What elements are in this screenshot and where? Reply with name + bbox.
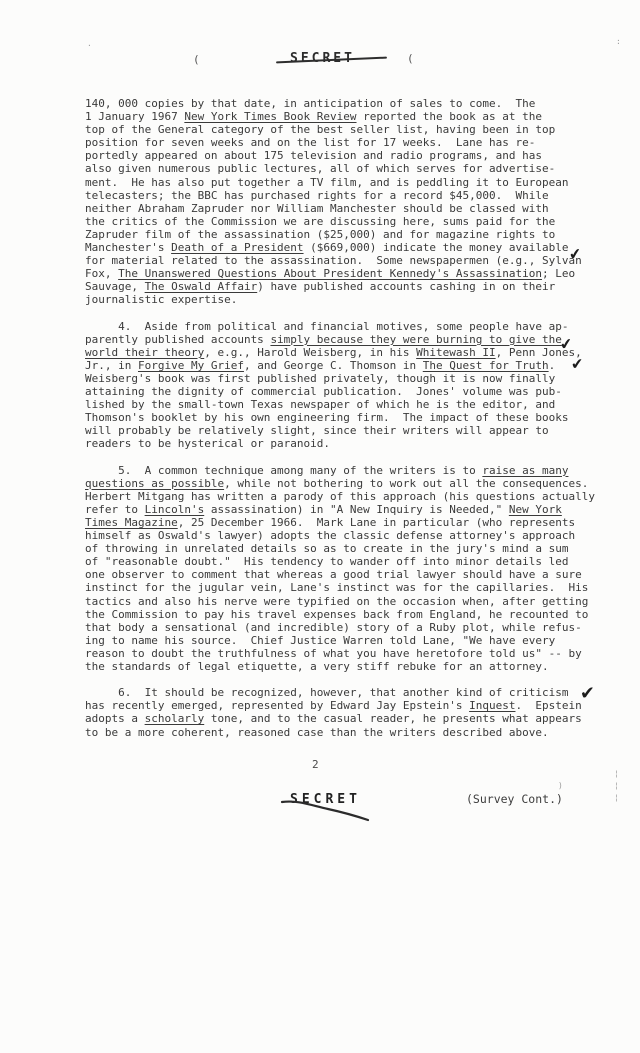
text-line: position for seven weeks and on the list…: [85, 136, 605, 149]
text-line: attaining the dignity of commercial publ…: [85, 385, 605, 398]
underlined-text: Inquest: [469, 699, 515, 712]
text-line: refer to Lincoln's assassination) in "A …: [85, 503, 605, 516]
text-segment: will probably be relatively slight, sinc…: [85, 424, 549, 437]
text-line: also given numerous public lectures, all…: [85, 162, 605, 175]
underlined-text: Lincoln's: [145, 503, 205, 516]
text-line: parently published accounts simply becau…: [85, 333, 605, 346]
underlined-text: raise as many: [482, 464, 568, 477]
text-segment: Herbert Mitgang has written a parody of …: [85, 490, 595, 503]
text-segment: adopts a: [85, 712, 145, 725]
text-line: Jr., in Forgive My Grief, and George C. …: [85, 359, 605, 372]
text-line: instinct for the jugular vein, Lane's in…: [85, 581, 605, 594]
scan-artifact: .: [87, 40, 92, 48]
classification-stamp-bottom: SECRET: [290, 792, 361, 807]
text-segment: to be a more coherent, reasoned case tha…: [85, 726, 549, 739]
text-line: 6. It should be recognized, however, tha…: [85, 686, 605, 699]
text-line: adopts a scholarly tone, and to the casu…: [85, 712, 605, 725]
text-segment: telecasters; the BBC has purchased right…: [85, 189, 549, 202]
handwritten-checkmark: ✔: [559, 336, 574, 353]
text-segment: parently published accounts: [85, 333, 270, 346]
text-segment: ing to name his source. Chief Justice Wa…: [85, 634, 555, 647]
text-line: himself as Oswald's lawyer) adopts the c…: [85, 529, 605, 542]
text-segment: journalistic expertise.: [85, 293, 237, 306]
underlined-text: Whitewash II: [416, 346, 495, 359]
text-line: Zapruder film of the assassination ($25,…: [85, 228, 605, 241]
scan-artifact: ): [558, 782, 563, 790]
text-segment: reported the book as at the: [357, 110, 542, 123]
text-line: Sauvage, The Oswald Affair) have publish…: [85, 280, 605, 293]
underlined-text: simply because they were burning to give…: [270, 333, 561, 346]
text-line: lished by the small-town Texas newspaper…: [85, 398, 605, 411]
text-line: Manchester's Death of a President ($669,…: [85, 241, 605, 254]
text-segment: 5. A common technique among many of the …: [85, 464, 482, 477]
text-segment: reason to doubt the truthfulness of what…: [85, 647, 582, 660]
text-line: neither Abraham Zapruder nor William Man…: [85, 202, 605, 215]
text-line: reason to doubt the truthfulness of what…: [85, 647, 605, 660]
text-line: the Commission to pay his travel expense…: [85, 608, 605, 621]
underlined-text: Forgive My Grief: [138, 359, 244, 372]
scan-artifact: ¦: [614, 794, 619, 802]
text-line: 140, 000 copies by that date, in anticip…: [85, 97, 605, 110]
text-line: that body a sensational (and incredible)…: [85, 621, 605, 634]
text-line: world their theory, e.g., Harold Weisber…: [85, 346, 605, 359]
text-segment: , 25 December 1966. Mark Lane in particu…: [178, 516, 575, 529]
text-segment: for material related to the assassinatio…: [85, 254, 582, 267]
text-segment: 4. Aside from political and financial mo…: [85, 320, 568, 333]
text-segment: ment. He has also put together a TV film…: [85, 176, 568, 189]
text-line: journalistic expertise.: [85, 293, 605, 306]
text-line: questions as possible, while not botheri…: [85, 477, 605, 490]
underlined-text: The Quest for Truth: [423, 359, 549, 372]
classification-stamp-top: SECRET: [290, 51, 355, 66]
text-segment: has recently emerged, represented by Edw…: [85, 699, 469, 712]
text-segment: refer to: [85, 503, 145, 516]
paragraph: 140, 000 copies by that date, in anticip…: [85, 97, 605, 307]
underlined-text: scholarly: [145, 712, 205, 725]
text-line: the standards of legal etiquette, a very…: [85, 660, 605, 673]
footer-survey-note: (Survey Cont.): [466, 792, 563, 806]
text-segment: tone, and to the casual reader, he prese…: [204, 712, 582, 725]
text-line: Fox, The Unanswered Questions About Pres…: [85, 267, 605, 280]
text-segment: that body a sensational (and incredible)…: [85, 621, 582, 634]
text-segment: Manchester's: [85, 241, 171, 254]
text-segment: Zapruder film of the assassination ($25,…: [85, 228, 555, 241]
stray-paren-mark-right: (: [407, 52, 414, 65]
page-number: 2: [312, 758, 319, 771]
text-segment: instinct for the jugular vein, Lane's in…: [85, 581, 588, 594]
text-segment: 1 January 1967: [85, 110, 184, 123]
text-line: ment. He has also put together a TV film…: [85, 176, 605, 189]
text-segment: the standards of legal etiquette, a very…: [85, 660, 549, 673]
text-line: top of the General category of the best …: [85, 123, 605, 136]
text-line: of throwing in unrelated details so as t…: [85, 542, 605, 555]
text-line: will probably be relatively slight, sinc…: [85, 424, 605, 437]
underlined-text: New York Times Book Review: [184, 110, 356, 123]
stray-paren-mark-left: (: [193, 53, 200, 66]
text-segment: Sauvage,: [85, 280, 145, 293]
text-line: Thomson's booklet by his own engineering…: [85, 411, 605, 424]
text-segment: , and George C. Thomson in: [244, 359, 423, 372]
text-segment: position for seven weeks and on the list…: [85, 136, 535, 149]
text-segment: , e.g., Harold Weisberg, in his: [204, 346, 416, 359]
text-line: for material related to the assassinatio…: [85, 254, 605, 267]
text-segment: 6. It should be recognized, however, tha…: [85, 686, 568, 699]
handwritten-checkmark: ✔: [580, 685, 596, 704]
text-segment: neither Abraham Zapruder nor William Man…: [85, 202, 549, 215]
text-line: Weisberg's book was first published priv…: [85, 372, 605, 385]
text-line: the critics of the Commission we are dis…: [85, 215, 605, 228]
underlined-text: Times Magazine: [85, 516, 178, 529]
text-segment: portedly appeared on about 175 televisio…: [85, 149, 542, 162]
underlined-text: New York: [509, 503, 562, 516]
handwritten-checkmark: ✔: [570, 356, 584, 372]
paragraph: 5. A common technique among many of the …: [85, 464, 605, 674]
text-segment: assassination) in "A New Inquiry is Need…: [204, 503, 509, 516]
text-line: Herbert Mitgang has written a parody of …: [85, 490, 605, 503]
text-line: 5. A common technique among many of the …: [85, 464, 605, 477]
text-segment: of "reasonable doubt." His tendency to w…: [85, 555, 568, 568]
text-segment: one observer to comment that whereas a g…: [85, 568, 582, 581]
text-line: telecasters; the BBC has purchased right…: [85, 189, 605, 202]
text-line: Times Magazine, 25 December 1966. Mark L…: [85, 516, 605, 529]
text-line: of "reasonable doubt." His tendency to w…: [85, 555, 605, 568]
document-body: 140, 000 copies by that date, in anticip…: [85, 97, 605, 752]
text-line: 4. Aside from political and financial mo…: [85, 320, 605, 333]
underlined-text: world their theory: [85, 346, 204, 359]
scan-artifact: ¦: [614, 782, 619, 790]
underlined-text: The Oswald Affair: [145, 280, 258, 293]
underlined-text: questions as possible: [85, 477, 224, 490]
text-line: ing to name his source. Chief Justice Wa…: [85, 634, 605, 647]
underlined-text: Death of a President: [171, 241, 303, 254]
text-line: 1 January 1967 New York Times Book Revie…: [85, 110, 605, 123]
scan-artifact: ¦: [614, 770, 619, 778]
paragraph: 4. Aside from political and financial mo…: [85, 320, 605, 451]
text-segment: top of the General category of the best …: [85, 123, 555, 136]
text-segment: 140, 000 copies by that date, in anticip…: [85, 97, 535, 110]
text-segment: , while not bothering to work out all th…: [224, 477, 588, 490]
text-segment: .: [549, 359, 556, 372]
document-page: ( SECRET ( 140, 000 copies by that date,…: [0, 0, 640, 1053]
text-line: has recently emerged, represented by Edw…: [85, 699, 605, 712]
text-segment: tactics and also his nerve were typified…: [85, 595, 588, 608]
text-line: portedly appeared on about 175 televisio…: [85, 149, 605, 162]
scan-artifact: :: [616, 38, 621, 46]
text-line: to be a more coherent, reasoned case tha…: [85, 726, 605, 739]
text-line: one observer to comment that whereas a g…: [85, 568, 605, 581]
text-segment: ; Leo: [542, 267, 575, 280]
text-segment: the critics of the Commission we are dis…: [85, 215, 555, 228]
handwritten-checkmark: ✔: [568, 246, 583, 263]
text-segment: the Commission to pay his travel expense…: [85, 608, 588, 621]
text-line: readers to be hysterical or paranoid.: [85, 437, 605, 450]
text-segment: Thomson's booklet by his own engineering…: [85, 411, 568, 424]
text-segment: of throwing in unrelated details so as t…: [85, 542, 568, 555]
text-segment: Weisberg's book was first published priv…: [85, 372, 555, 385]
paragraph: 6. It should be recognized, however, tha…: [85, 686, 605, 738]
text-segment: himself as Oswald's lawyer) adopts the c…: [85, 529, 575, 542]
text-segment: Fox,: [85, 267, 118, 280]
underlined-text: The Unanswered Questions About President…: [118, 267, 542, 280]
text-segment: . Epstein: [515, 699, 581, 712]
text-segment: readers to be hysterical or paranoid.: [85, 437, 330, 450]
text-segment: ) have published accounts cashing in on …: [257, 280, 555, 293]
text-segment: also given numerous public lectures, all…: [85, 162, 555, 175]
text-line: tactics and also his nerve were typified…: [85, 595, 605, 608]
text-segment: ($669,000) indicate the money available: [304, 241, 569, 254]
text-segment: attaining the dignity of commercial publ…: [85, 385, 562, 398]
text-segment: Jr., in: [85, 359, 138, 372]
text-segment: lished by the small-town Texas newspaper…: [85, 398, 555, 411]
